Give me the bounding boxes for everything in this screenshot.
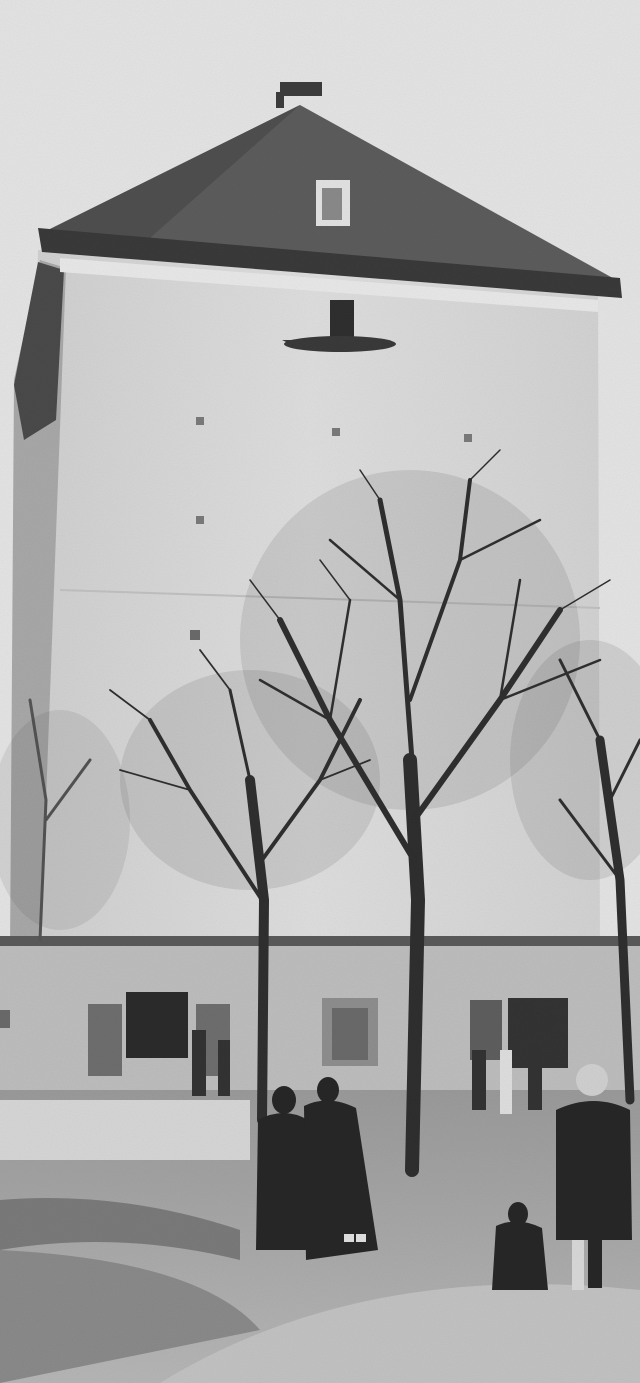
slit-window bbox=[332, 428, 340, 436]
slit-window bbox=[196, 417, 204, 425]
person bbox=[472, 1050, 486, 1110]
doorway bbox=[126, 992, 188, 1058]
person bbox=[500, 1050, 512, 1114]
slit-window bbox=[464, 434, 472, 442]
hoist-opening bbox=[330, 300, 354, 342]
person bbox=[192, 1030, 206, 1096]
slit-window bbox=[196, 516, 204, 524]
shutter bbox=[88, 1004, 122, 1076]
person bbox=[528, 1046, 542, 1110]
person bbox=[218, 1040, 230, 1096]
tower-photograph bbox=[0, 0, 640, 1383]
slit-window bbox=[190, 630, 200, 640]
chimney bbox=[280, 82, 322, 96]
